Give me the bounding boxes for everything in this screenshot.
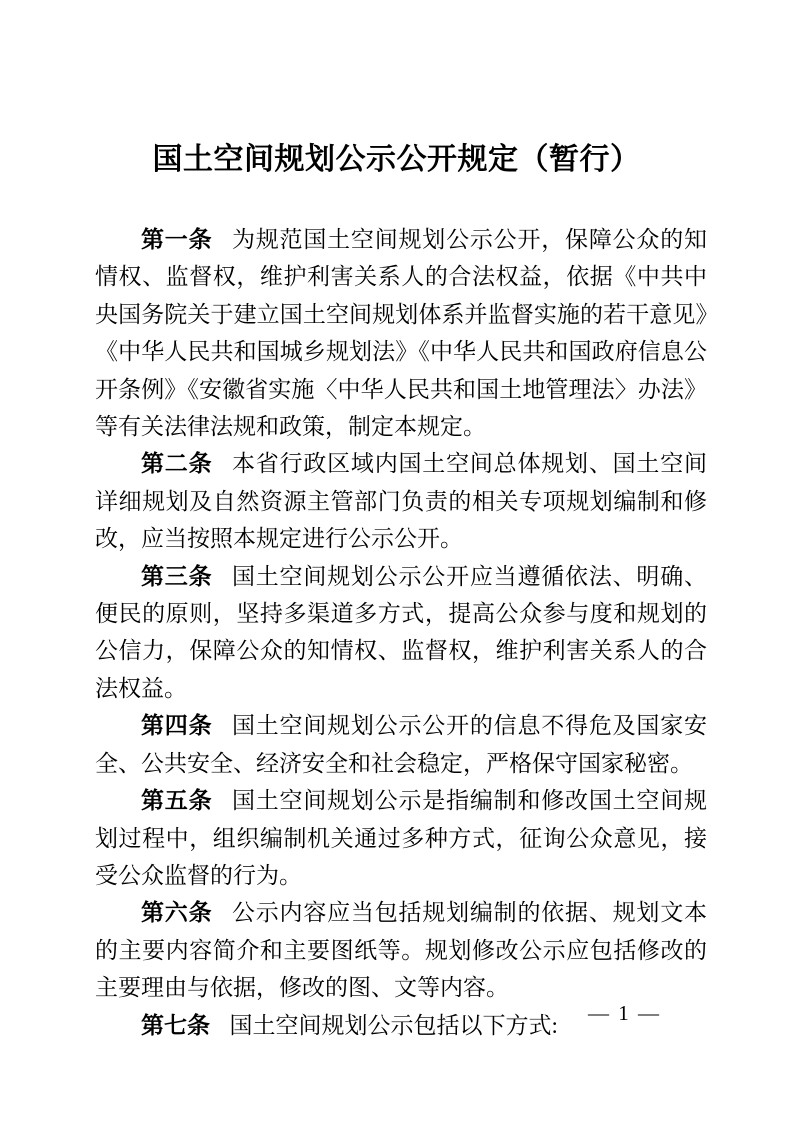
paragraph: 第五条国土空间规划公示是指编制和修改国土空间规划过程中，组织编制机关通过多种方式… [95, 782, 707, 894]
document-body: 第一条为规范国土空间规划公示公开，保障公众的知情权、监督权，维护利害关系人的合法… [95, 221, 707, 1044]
paragraph-text: 为规范国土空间规划公示公开，保障公众的知情权、监督权，维护利害关系人的合法权益，… [95, 227, 707, 439]
paragraph: 第三条国土空间规划公示公开应当遵循依法、明确、便民的原则，坚持多渠道多方式，提高… [95, 558, 707, 708]
article-number: 第四条 [141, 713, 212, 738]
document-page: 国土空间规划公示公开规定（暂行） 第一条为规范国土空间规划公示公开，保障公众的知… [0, 0, 793, 1122]
article-number: 第七条 [141, 1013, 210, 1038]
paragraph: 第四条国土空间规划公示公开的信息不得危及国家安全、公共安全、经济安全和社会稳定，… [95, 707, 707, 782]
page-title: 国土空间规划公示公开规定（暂行） [0, 139, 793, 181]
paragraph: 第一条为规范国土空间规划公示公开，保障公众的知情权、监督权，维护利害关系人的合法… [95, 221, 707, 445]
article-number: 第五条 [141, 788, 212, 813]
article-number: 第三条 [141, 564, 212, 589]
paragraph: 第六条公示内容应当包括规划编制的依据、规划文本的主要内容简介和主要图纸等。规划修… [95, 894, 707, 1006]
paragraph-text: 国土空间规划公示包括以下方式: [230, 1013, 558, 1038]
page-number: — 1 — [588, 1001, 661, 1025]
page-footer: — 1 — [588, 1001, 661, 1026]
paragraph: 第二条本省行政区域内国土空间总体规划、国土空间详细规划及自然资源主管部门负责的相… [95, 445, 707, 557]
article-number: 第二条 [141, 451, 212, 476]
article-number: 第六条 [141, 900, 212, 925]
article-number: 第一条 [141, 227, 212, 252]
